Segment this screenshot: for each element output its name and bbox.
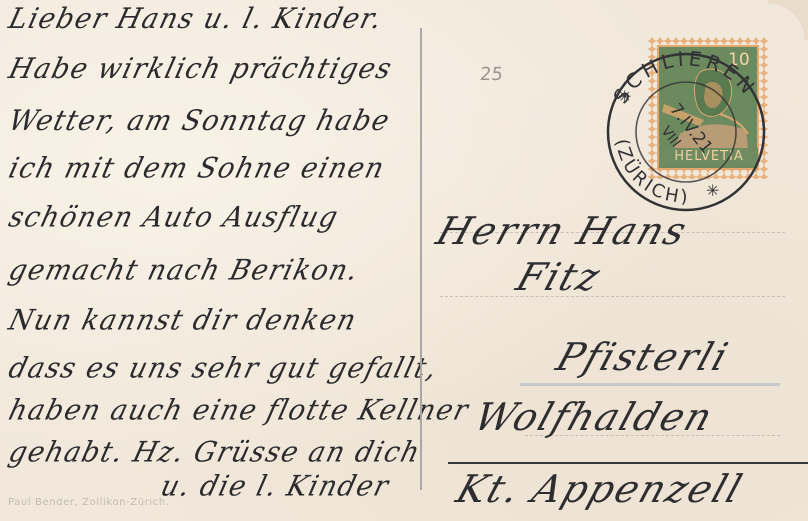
address-underline xyxy=(448,462,808,464)
address-town: Wolfhalden xyxy=(470,398,719,436)
message-line: gemacht nach Berikon. xyxy=(6,257,362,285)
message-line: u. die l. Kinder xyxy=(158,473,392,501)
worn-corner xyxy=(768,0,808,40)
message-line: Nun kannst dir denken xyxy=(6,307,360,335)
address-street: Pfisterli xyxy=(552,338,734,376)
address-guide-line xyxy=(440,296,785,297)
address-recipient: Herrn Hans xyxy=(432,212,693,250)
pencil-note: 25 xyxy=(479,64,504,85)
message-line: dass es uns sehr gut gefallt, xyxy=(6,355,441,383)
address-canton: Kt. Appenzell xyxy=(452,470,748,508)
postcard: Lieber Hans u. l. Kinder. Habe wirklich … xyxy=(0,0,808,521)
message-line: schönen Auto Ausflug xyxy=(6,204,342,232)
center-divider xyxy=(420,28,422,490)
address-name: Fitz xyxy=(512,258,606,296)
message-line: Lieber Hans u. l. Kinder. xyxy=(6,5,386,33)
message-line: gehabt. Hz. Grüsse an dich xyxy=(6,439,424,467)
postmark-canton: (ZÜRICH) xyxy=(611,137,691,207)
svg-text:(ZÜRICH): (ZÜRICH) xyxy=(611,137,691,207)
message-line: Habe wirklich prächtiges xyxy=(6,55,395,83)
address-guide-line xyxy=(520,383,780,386)
asterisk-icon: ✳ xyxy=(706,181,719,200)
postmark: SCHLIEREN (ZÜRICH) 7.IV.21 VIII ✳ ✳ xyxy=(588,40,778,215)
message-line: Wetter, am Sonntag habe xyxy=(6,107,393,135)
asterisk-icon: ✳ xyxy=(618,87,631,106)
message-line: haben auch eine flotte Kellner xyxy=(6,397,472,425)
publisher-imprint: Paul Bender, Zollikon-Zürich. xyxy=(8,497,170,508)
message-line: ich mit dem Sohne einen xyxy=(6,155,388,183)
